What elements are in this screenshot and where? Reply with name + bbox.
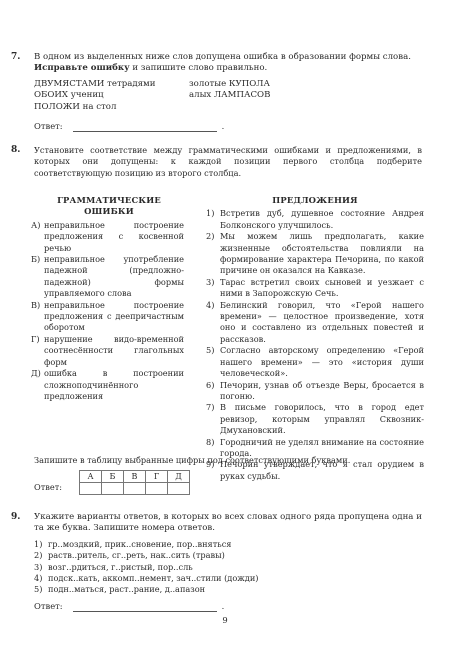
sentence-item: 3)Тарас встретил своих сыновей и уезжает… — [223, 277, 424, 300]
table-header-cell: В — [124, 471, 146, 483]
answer-label: Ответ: — [34, 601, 63, 612]
table-header-cell: Г — [146, 471, 168, 483]
word-item: ПОЛОЖИ на стол — [34, 102, 189, 113]
task-instruction: В одном из выделенных ниже слов допущена… — [34, 52, 422, 75]
errors-column: ГРАММАТИЧЕСКИЕ ОШИБКИ А)неправильное пос… — [34, 195, 184, 402]
table-header-row: А Б В Г Д — [80, 471, 190, 483]
answer-cell-g[interactable] — [146, 483, 168, 495]
options-list: 1)гр..моздкий, прик..сновение, пор..внят… — [34, 539, 422, 596]
answer-cell-d[interactable] — [168, 483, 190, 495]
answer-field[interactable] — [73, 602, 217, 612]
sentences-column: ПРЕДЛОЖЕНИЯ 1)Встретив дуб, душевное сос… — [206, 195, 424, 482]
sentence-item: 6)Печорин, узнав об отъезде Веры, бросае… — [223, 380, 424, 403]
answer-label: Ответ: — [34, 121, 63, 132]
option-item: 3)возг..рдиться, г..ристый, пор..сль — [34, 562, 422, 573]
word-list: ДВУМЯСТАМИ тетрадями золотые КУПОЛА ОБОИ… — [34, 79, 422, 113]
error-item: Д)ошибка в построении сложноподчинённого… — [34, 368, 184, 402]
error-item: Б)неправильное употребление падежной (пр… — [34, 254, 184, 300]
word-item: золотые КУПОЛА — [189, 79, 339, 90]
answer-table: А Б В Г Д — [79, 470, 190, 495]
word-item: ОБОИХ учениц — [34, 90, 189, 101]
sentence-item: 5)Согласно авторскому определению «Герой… — [223, 345, 424, 379]
option-item: 2)раств..ритель, сг..реть, нак..сить (тр… — [34, 550, 422, 561]
task-number: 8. — [11, 145, 20, 156]
table-instruction: Запишите в таблицу выбранные цифры под с… — [34, 455, 422, 466]
error-item: В)неправильное построение предложения с … — [34, 300, 184, 334]
task-instruction: Укажите варианты ответов, в которых во в… — [34, 512, 422, 535]
table-answer-row — [80, 483, 190, 495]
word-item: алых ЛАМПАСОВ — [189, 90, 339, 101]
option-item: 1)гр..моздкий, прик..сновение, пор..внят… — [34, 539, 422, 550]
task-number: 7. — [11, 52, 20, 63]
task-body: В одном из выделенных ниже слов допущена… — [34, 52, 422, 132]
column-header: ПРЕДЛОЖЕНИЯ — [206, 195, 424, 206]
answer-cell-v[interactable] — [124, 483, 146, 495]
word-item: ДВУМЯСТАМИ тетрадями — [34, 79, 189, 90]
column-header: ГРАММАТИЧЕСКИЕ ОШИБКИ — [34, 195, 184, 218]
table-header-cell: А — [80, 471, 102, 483]
sentence-item: 4)Белинский говорил, что «Герой нашего в… — [223, 300, 424, 346]
error-item: Г)нарушение видо-временной соотнесённост… — [34, 334, 184, 368]
error-item: А)неправильное построение предложения с … — [34, 220, 184, 254]
table-header-cell: Д — [168, 471, 190, 483]
page-number: 9 — [0, 615, 450, 626]
option-item: 4)подск..кать, аккомп..немент, зач..стил… — [34, 573, 422, 584]
task-body: Укажите варианты ответов, в которых во в… — [34, 512, 422, 612]
sentence-item: 2)Мы можем лишь предполагать, какие жизн… — [223, 231, 424, 277]
answer-table-row: Ответ: А Б В Г Д — [34, 470, 190, 495]
option-item: 5)подн..маться, раст..рание, д..апазон — [34, 584, 422, 595]
answer-field[interactable] — [73, 122, 217, 132]
sentence-item: 7)В письме говорилось, что в город едет … — [223, 402, 424, 436]
answer-row: Ответ: . — [34, 601, 422, 612]
answer-row: Ответ: . — [34, 121, 422, 132]
answer-label: Ответ: — [34, 472, 79, 493]
table-header-cell: Б — [102, 471, 124, 483]
task-number: 9. — [11, 512, 20, 523]
answer-cell-b[interactable] — [102, 483, 124, 495]
task-instruction: Установите соответствие между грамматиче… — [34, 145, 422, 179]
sentence-item: 1)Встретив дуб, душевное состояние Андре… — [223, 208, 424, 231]
instruction-bold: Исправьте ошибку — [34, 63, 130, 73]
answer-cell-a[interactable] — [80, 483, 102, 495]
